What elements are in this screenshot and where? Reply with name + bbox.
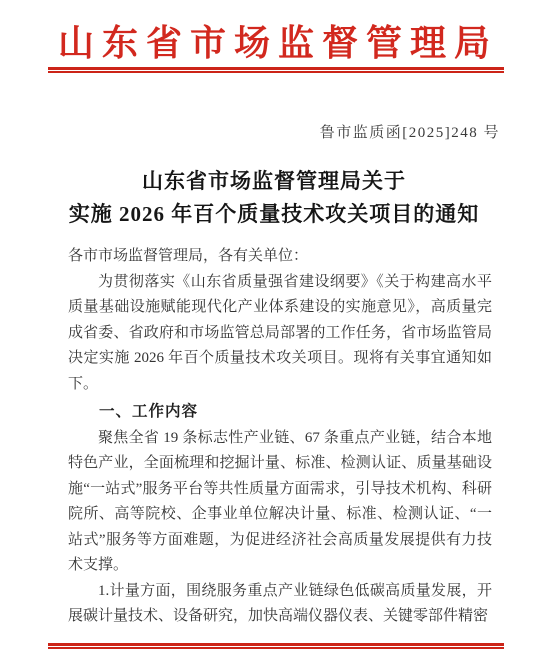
metrology-item-paragraph: 1.计量方面，围绕服务重点产业链绿色低碳高质量发展，开展碳计量技术、设备研究，加…	[68, 579, 492, 630]
document-title-line2: 实施 2026 年百个质量技术攻关项目的通知	[0, 198, 548, 231]
document-title: 山东省市场监督管理局关于 实施 2026 年百个质量技术攻关项目的通知	[0, 165, 548, 231]
document-title-line1: 山东省市场监督管理局关于	[0, 165, 548, 198]
salutation: 各市市场监督管理局，各有关单位：	[68, 244, 492, 270]
document-body: 各市市场监督管理局，各有关单位： 为贯彻落实《山东省质量强省建设纲要》《关于构建…	[68, 244, 492, 630]
footer-divider	[48, 643, 504, 649]
letterhead-divider	[48, 67, 504, 73]
section-heading-work-content: 一、工作内容	[68, 399, 492, 425]
document-number: 鲁市监质函[2025]248 号	[320, 121, 500, 142]
work-content-paragraph: 聚焦全省 19 条标志性产业链、67 条重点产业链，结合本地特色产业，全面梳理和…	[68, 426, 492, 579]
document-page: 山东省市场监督管理局 鲁市监质函[2025]248 号 山东省市场监督管理局关于…	[0, 0, 548, 668]
intro-paragraph: 为贯彻落实《山东省质量强省建设纲要》《关于构建高水平质量基础设施赋能现代化产业体…	[68, 270, 492, 398]
agency-letterhead: 山东省市场监督管理局	[0, 22, 548, 64]
